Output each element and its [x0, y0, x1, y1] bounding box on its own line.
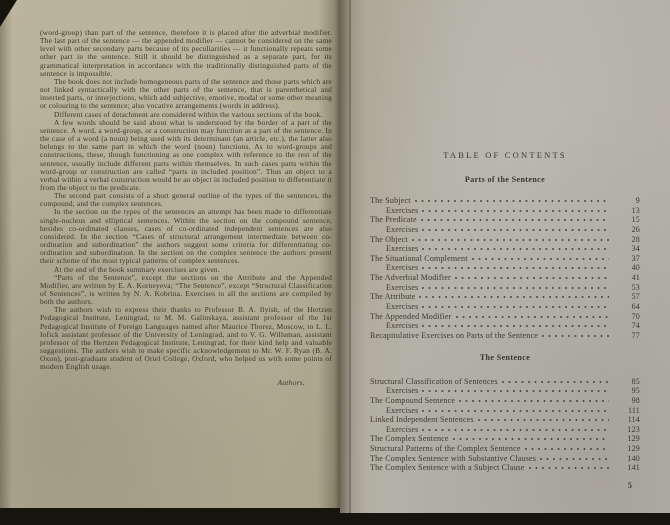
authors-signature: Authors. [40, 379, 332, 387]
toc-entry: Exercises53 [370, 282, 640, 292]
toc-entry: The Compound Sentence98 [370, 395, 640, 405]
toc-entry: The Subject9 [370, 195, 640, 205]
toc-leader-dots [422, 424, 609, 432]
toc-entry-label: Exercises [370, 302, 418, 312]
toc-entry: Exercises123 [370, 424, 640, 434]
toc-entry-page: 70 [614, 312, 640, 322]
page-folio: 5 [370, 481, 640, 490]
toc-entry-label: The Attribute [370, 292, 415, 302]
toc-entry: The Object28 [370, 234, 640, 244]
toc-entry-page: 129 [614, 444, 640, 454]
paragraph: The book does not include homogeneous pa… [40, 78, 332, 111]
toc-leader-dots [412, 234, 609, 242]
toc-leader-dots [542, 330, 609, 338]
toc-entry-page: 123 [614, 425, 640, 435]
toc-entry: Exercises34 [370, 243, 640, 253]
paragraph: The second part consists of a short gene… [40, 192, 332, 208]
toc-entry: Exercises111 [370, 405, 640, 415]
toc-leader-dots [422, 301, 609, 309]
toc-entry-page: 141 [614, 463, 640, 473]
toc-entry: The Predicate15 [370, 214, 640, 224]
toc-entry-page: 74 [614, 321, 640, 331]
toc-entry: Structural Patterns of the Complex Sente… [370, 443, 640, 453]
toc-leader-dots [422, 243, 609, 251]
toc-entry-page: 34 [614, 244, 640, 254]
toc-entry: Exercises26 [370, 224, 640, 234]
toc-leader-dots [421, 214, 609, 222]
toc-entry-page: 95 [614, 386, 640, 396]
toc-section-heading: The Sentence [370, 353, 640, 363]
toc-leader-dots [540, 453, 609, 461]
toc-leader-dots [422, 320, 609, 328]
toc-entry: Exercises95 [370, 385, 640, 395]
toc-entry-page: 129 [614, 434, 640, 444]
toc-leader-dots [525, 443, 609, 451]
toc-entry-label: The Subject [370, 196, 411, 206]
toc-leader-dots [456, 311, 609, 319]
toc-leader-dots [453, 433, 609, 441]
right-page: TABLE OF CONTENTS Parts of the SentenceT… [340, 0, 670, 513]
toc-leader-dots [472, 253, 609, 261]
toc-leader-dots [422, 282, 609, 290]
toc-entry-page: 85 [614, 377, 640, 387]
toc-entry-label: Exercises [370, 406, 418, 416]
toc-leader-dots [422, 205, 609, 213]
toc-entry: Linked Independent Sentences114 [370, 414, 640, 424]
toc-entry-label: The Object [370, 235, 408, 245]
toc-entry-page: 15 [614, 215, 640, 225]
toc-entry-page: 57 [614, 292, 640, 302]
paragraph: In the section on the types of the sente… [40, 208, 332, 265]
toc-entry-page: 114 [614, 415, 640, 425]
toc-leader-dots [529, 462, 609, 470]
gutter-shadow [340, 0, 366, 513]
paragraph: (word-group) than part of the sentence, … [40, 29, 332, 78]
toc-entry-label: Exercises [370, 283, 418, 293]
toc-entry: Recapitulative Exercises on Parts of the… [370, 330, 640, 340]
toc-leader-dots [459, 395, 609, 403]
paragraph: A few words should be said about what is… [40, 119, 332, 192]
toc-entry-page: 64 [614, 302, 640, 312]
toc-entry: The Complex Sentence with a Subject Clau… [370, 462, 640, 472]
toc-entry-page: 111 [614, 406, 640, 416]
toc-sections: Parts of the SentenceThe Subject9Exercis… [370, 175, 640, 472]
toc-entry: Exercises40 [370, 262, 640, 272]
toc-entry: Structural Classification of Sentences85 [370, 376, 640, 386]
toc-entry-label: Exercises [370, 206, 418, 216]
left-page-text: (word-group) than part of the sentence, … [40, 29, 332, 387]
toc-entry: Exercises13 [370, 205, 640, 215]
book-photo: (word-group) than part of the sentence, … [0, 0, 670, 525]
toc-entry-page: 41 [614, 273, 640, 283]
toc-leader-dots [455, 272, 609, 280]
toc-entry-label: The Predicate [370, 215, 417, 225]
toc-leader-dots [422, 224, 609, 232]
toc-title: TABLE OF CONTENTS [370, 150, 640, 161]
toc-entry-label: Exercises [370, 386, 418, 396]
toc-entry-label: The Complex Sentence with a Subject Clau… [370, 463, 525, 473]
toc-entry: The Situational Complement37 [370, 253, 640, 263]
toc-section-heading: Parts of the Sentence [370, 175, 640, 185]
paragraph: The authors wish to express their thanks… [40, 306, 332, 371]
toc-entry: The Complex Sentence129 [370, 433, 640, 443]
toc-leader-dots [422, 385, 609, 393]
toc-entry-page: 40 [614, 263, 640, 273]
table-of-contents: TABLE OF CONTENTS Parts of the SentenceT… [370, 150, 640, 490]
toc-leader-dots [415, 195, 609, 203]
toc-entry: Exercises64 [370, 301, 640, 311]
left-page: (word-group) than part of the sentence, … [0, 0, 340, 508]
toc-entry-label: Recapitulative Exercises on Parts of the… [370, 331, 538, 341]
toc-leader-dots [502, 376, 609, 384]
toc-leader-dots [422, 262, 609, 270]
toc-entry-label: The Complex Sentence [370, 434, 449, 444]
toc-entry-label: Exercises [370, 244, 418, 254]
page-edge-shadow [0, 0, 12, 508]
page-crease [349, 0, 351, 513]
toc-entry-page: 13 [614, 206, 640, 216]
toc-entry-label: The Complex Sentence with Substantive Cl… [370, 454, 536, 464]
toc-entry-page: 140 [614, 454, 640, 464]
toc-entry: The Complex Sentence with Substantive Cl… [370, 453, 640, 463]
toc-entry-label: Exercises [370, 425, 418, 435]
paragraph: “Parts of the Sentence”, except the sect… [40, 274, 332, 307]
toc-entry-page: 28 [614, 235, 640, 245]
toc-entry-page: 53 [614, 283, 640, 293]
toc-leader-dots [422, 405, 609, 413]
toc-entry-label: Exercises [370, 263, 418, 273]
toc-entry-page: 37 [614, 254, 640, 264]
toc-entry-label: Structural Patterns of the Complex Sente… [370, 444, 521, 454]
toc-entry-page: 26 [614, 225, 640, 235]
toc-leader-dots [478, 414, 609, 422]
toc-entry: The Adverbial Modifier41 [370, 272, 640, 282]
toc-entry: The Appended Modifier70 [370, 311, 640, 321]
toc-leader-dots [419, 291, 609, 299]
toc-entry-page: 77 [614, 331, 640, 341]
toc-entry-label: Exercises [370, 321, 418, 331]
toc-entry-page: 98 [614, 396, 640, 406]
toc-entry-page: 9 [614, 196, 640, 206]
toc-entry: Exercises74 [370, 320, 640, 330]
toc-entry: The Attribute57 [370, 291, 640, 301]
